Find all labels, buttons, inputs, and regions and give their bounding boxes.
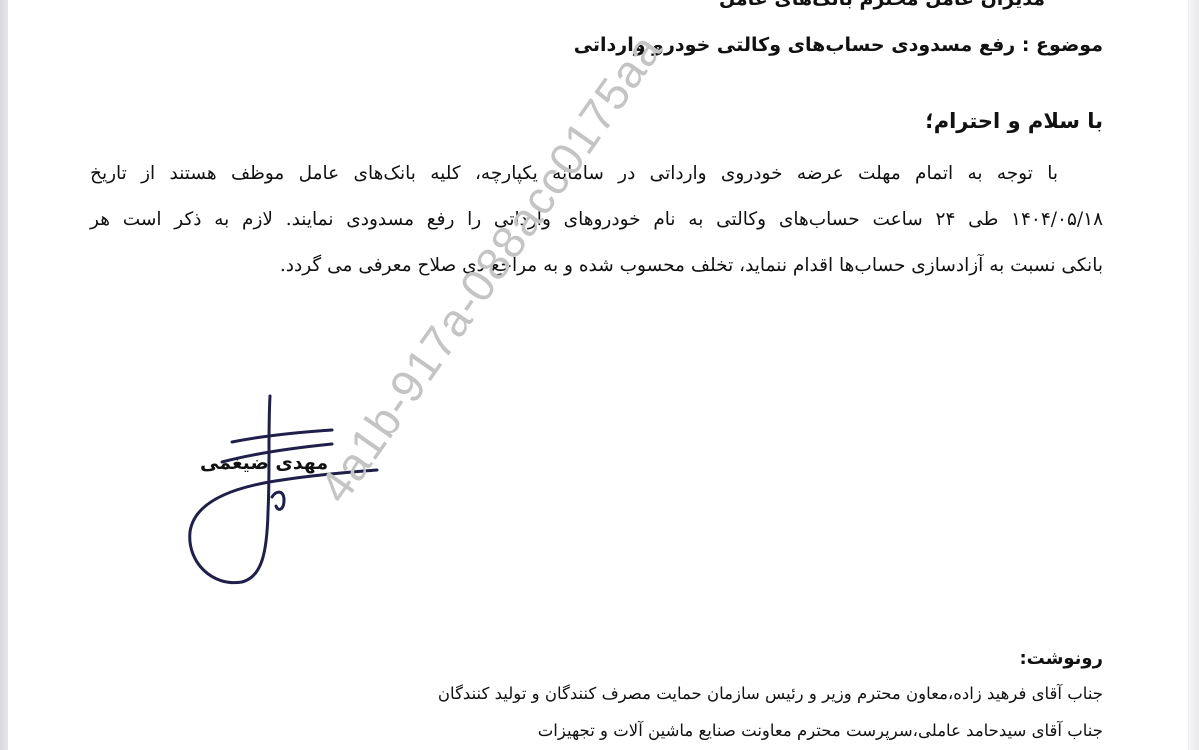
salutation: با سلام و احترام؛ (925, 109, 1103, 133)
left-page-edge (0, 0, 8, 750)
signatory-name: مهدی ضیغمی (200, 452, 328, 474)
body-line-3: بانکی نسبت به آزادسازی حساب‌ها اقدام ننم… (90, 243, 1103, 289)
right-page-edge (1188, 0, 1199, 750)
cc-title: رونوشت: (1019, 648, 1103, 669)
addressee-line: مدیران عامل محترم بانک‌های عامل (719, 0, 1045, 10)
body-line-2: ۱۴۰۴/۰۵/۱۸ طی ۲۴ ساعت حساب‌های وکالتی به… (90, 197, 1103, 243)
cc-recipient-1: جناب آقای فرهید زاده،معاون محترم وزیر و … (438, 684, 1103, 703)
cc-recipient-2: جناب آقای سیدحامد عاملی،سرپرست محترم معا… (538, 721, 1103, 740)
body-paragraph: با توجه به اتمام مهلت عرضه خودروی واردات… (90, 151, 1103, 289)
